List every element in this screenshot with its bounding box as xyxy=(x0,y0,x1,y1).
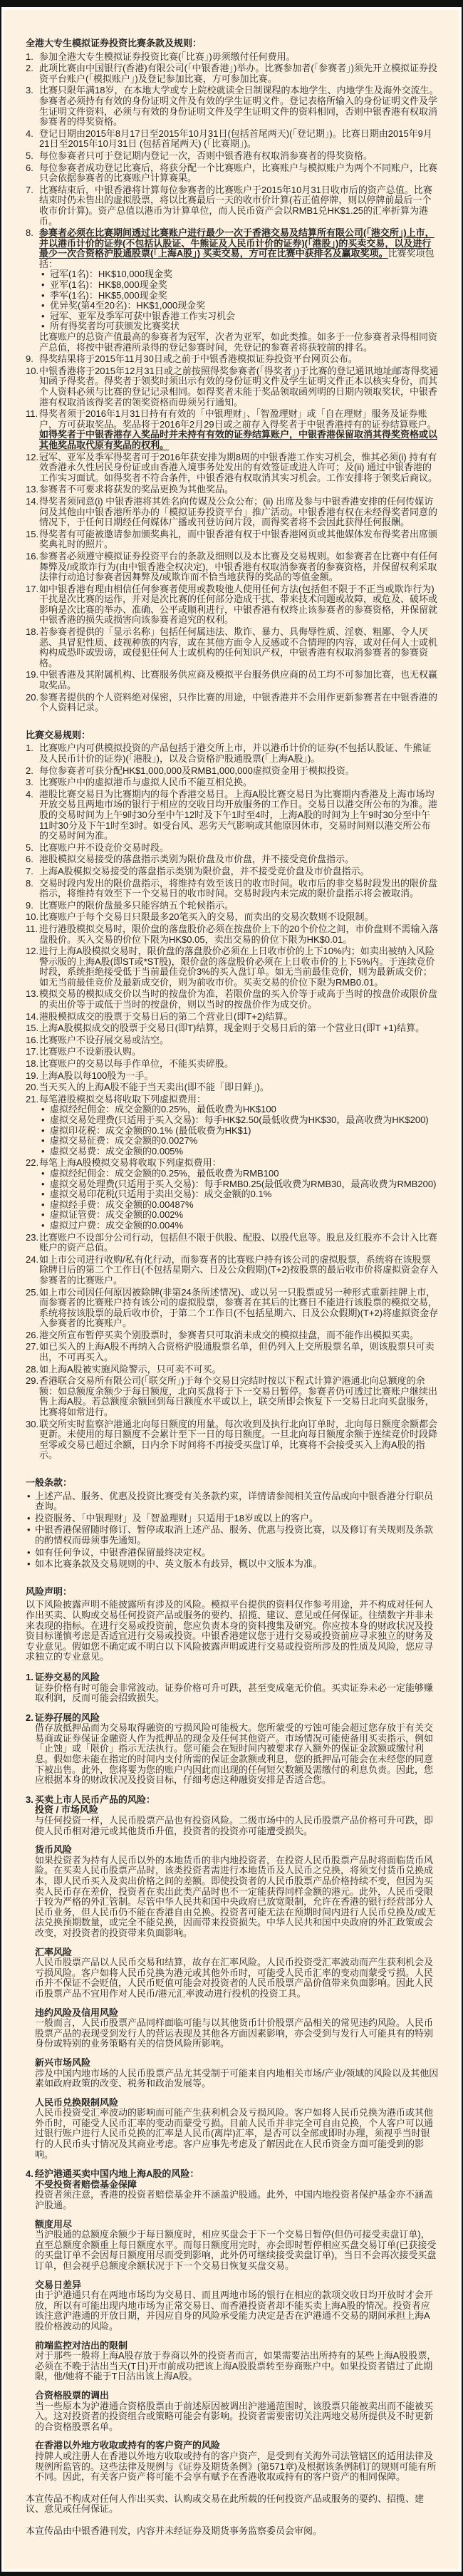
item-number: 7. xyxy=(26,185,39,227)
item-number: 19. xyxy=(26,1071,39,1082)
item-number: 6. xyxy=(26,163,39,184)
risk-group-number: 2. xyxy=(26,1713,35,1786)
list-item: 10.中银香港将于2015年12月31日或之前按照得奖参赛者(「得奖者」)于比赛… xyxy=(26,366,439,408)
item-number: 5. xyxy=(26,843,39,854)
section-general-terms: 一般条款： 上述产品、服务、优惠及投资比赛受有关条款约束，详情请参阅相关宣传品或… xyxy=(26,1478,439,1570)
item-text: 参赛者提供的个人资料绝对保密，只作比赛的用途，中银香港并不会用作更新参赛者在中银… xyxy=(39,693,439,713)
sub-bullet-item: 虚拟印花税：成交金额的0.1% (最低收费为HK$1) xyxy=(39,1126,439,1137)
section-trading-rules: 比赛交易规则： 1.比赛账户内可供模拟投资的产品包括于港交所上市，并以港币计价的… xyxy=(26,730,439,1461)
list-item: 26.港交所宣布暂停买卖个别股票时，参赛者只可取消未成交的模拟挂盘，而不能作出模… xyxy=(26,1330,439,1341)
item-text-segment: 每笔港股模拟交易将收取下列虚拟费用： xyxy=(39,1094,206,1105)
item-text-segment: 每笔上海A股模拟交易将收取下列虚拟费用： xyxy=(39,1157,222,1168)
item-number: 12. xyxy=(26,946,39,988)
item-text-segment: 此项比赛由中国银行(香港)有限公司(「中银香港」)举办。比赛参加者(「参赛者」)… xyxy=(39,63,437,84)
risk-subheading: 汇率风险 xyxy=(35,1947,439,1958)
list-item: 23.比赛账户不设部分公司行动，包括但不限于供股、配股、以股代息等。股息及红股亦… xyxy=(26,1233,439,1253)
item-number: 14. xyxy=(26,497,39,528)
item-text: 比赛账户于每个交易日只限最多20笔买入的交易，而卖出的交易次数则不设限制。 xyxy=(39,912,439,923)
risk-block-text: 持牌人或注册人在香港以外地方收取或持有的客户资产，是受到有关海外司法管辖区的适用… xyxy=(35,2451,439,2483)
item-text: 每笔港股模拟交易将收取下列虚拟费用：虚拟经纪佣金：成交金额的0.25%，最低收费… xyxy=(39,1095,439,1157)
item-text-segment: 得奖者须于2016年1月31日持有有效的「中银理财」、「智盈理财」或「自在理财」… xyxy=(39,408,437,430)
item-number: 3. xyxy=(26,777,39,788)
sub-bullet-list: 冠军(1名)：HK$10,000现金奖亚军(1名)：HK$8,000现金奖季军(… xyxy=(39,269,439,332)
item-text: 当天买入的上海A股不能于当天卖出(即不能「即日鲜」)。 xyxy=(39,1082,439,1093)
list-item: 1.比赛账户内可供模拟投资的产品包括于港交所上市，并以港币计价的证券(不包括认股… xyxy=(26,743,439,764)
risk-group-body: 买卖上市人民币产品的风险：投资 / 市场风险与任何投资一样，人民币股票产品也有投… xyxy=(35,1795,439,2160)
item-text: 比赛账户不设孖展交易或沽空。 xyxy=(39,1035,439,1046)
item-text: 此项比赛由中国银行(香港)有限公司(「中银香港」)举办。比赛参加者(「参赛者」)… xyxy=(39,63,439,84)
item-text-segment: 进行港股模拟交易时，限价盘的落盘股价必须在按盘价上下的20个价位之间，市价盘则不… xyxy=(39,924,438,945)
risk-block-text: 投资者须注意，香港的投资者赔偿基金并不涵盖沪股通。此外，中国内地投资者保护基金亦… xyxy=(35,2190,439,2210)
item-number: 4. xyxy=(26,790,39,842)
item-text: 比赛账户的交易以每手作单位，不能买卖碎股。 xyxy=(39,1059,439,1070)
list-item: 7.上海A股模拟交易接受的落盘指示类别为限价盘，并不接受竞价盘及市价盘指示。 xyxy=(26,867,439,877)
risk-group: 1.证券交易的风险证券价格有时可能会非常波动。证券价格可升可跌，甚至变成毫无价值… xyxy=(26,1672,439,1704)
item-text-segment: 如已买入的上海A股不再纳入合资格沪股通股票名单，但仍列入上交所股票名单，则该股票… xyxy=(39,1341,435,1362)
list-item: 8.交易时段内发出的限价盘指示，将维持有效至该日的收市时间。收市后的非交易时段发… xyxy=(26,879,439,899)
item-text: 得奖者须同意(i) 中银香港将其姓名向传媒及公众公布；(ii) 出席及参与中银香… xyxy=(39,497,439,528)
competition-terms-list: 1.参加全港大专生模拟证券投资比赛(「比赛」)毋须缴付任何费用。2.此项比赛由中… xyxy=(26,52,439,713)
item-text: 比赛账户不设部分公司行动，包括但不限于供股、配股、以股代息等。股息及红股亦不会计… xyxy=(39,1233,439,1253)
list-item: 17.比赛账户不设新股认购。 xyxy=(26,1047,439,1057)
list-item: 12.冠军、亚军及季军得奖者可于2016年获安排为期8周的中银香港工作实习机会，… xyxy=(26,452,439,484)
risk-block-text: 由于沪港通只有在两地市场均为交易日、而且两地市场的银行在相应的款项交收日均开放时… xyxy=(35,2290,439,2332)
item-text: 每笔上海A股模拟交易将收取下列虚拟费用：虚拟经纪佣金：成交金额的0.25%，最低… xyxy=(39,1158,439,1231)
risk-subheading: 货币风险 xyxy=(35,1845,439,1856)
sub-bullet-item: 季军(1名)：HK$5,000现金奖 xyxy=(39,291,439,301)
list-item: 2.每位参赛者可获分配HK$1,000,000及RMB1,000,000虚拟资金… xyxy=(26,766,439,777)
item-text: 如上市公司因任何原因被除牌(非第24条所述情况)、或以另一只股票或另一种形式重新… xyxy=(39,1288,439,1329)
risk-block: 投资 / 市场风险与任何投资一样，人民币股票产品也有投资风险。二级市场中的人民币… xyxy=(35,1805,439,1836)
sub-bullet-item: 虚拟经纪佣金：成交金额的0.25%，最低收费为RMB100 xyxy=(39,1169,439,1179)
list-item: 11.得奖者须于2016年1月31日持有有效的「中银理财」、「智盈理财」或「自在… xyxy=(26,409,439,450)
risk-group-body: 证券交易的风险证券价格有时可能会非常波动。证券价格可升可跌，甚至变成毫无价值。买… xyxy=(35,1672,439,1704)
item-number: 20. xyxy=(26,1082,39,1093)
risk-block: 新兴市场风险涉及中国内地市场的人民币股票产品尤其受制于可能来自内地相关市场/产业… xyxy=(35,2058,439,2089)
risk-group-body: 证券孖展的风险借存放抵押品而为交易取得融资的亏损风险可能极大。您所蒙受的亏蚀可能… xyxy=(35,1713,439,1786)
sub-bullet-item: 虚拟交易处理费(只适用于买入交易)：每手HK$2.50(最低收费为HK$30，最… xyxy=(39,1115,439,1126)
list-item: 11.进行港股模拟交易时，限价盘的落盘股价必须在按盘价上下的20个价位之间，市价… xyxy=(26,924,439,945)
item-text: 如中银香港有理由相信任何参赛者使用或教唆他人使用任何方法(包括但不限于不正当或欺… xyxy=(39,584,439,626)
risk-block: 交易日差异由于沪港通只有在两地市场均为交易日、而且两地市场的银行在相应的款项交收… xyxy=(35,2280,439,2332)
item-followup-text: 比赛账户的总资产值最高的参赛者为冠军，次者为亚军，如此类推。如多于一位参赛者录得… xyxy=(39,332,439,353)
risk-subheading: 额度用尽 xyxy=(35,2220,439,2230)
item-text-segment: 得奖者须同意(i) 中银香港将其姓名向传媒及公众公布；(ii) 出席及参与中银香… xyxy=(39,496,437,527)
item-text: 参加全港大专生模拟证券投资比赛(「比赛」)毋须缴付任何费用。 xyxy=(39,52,439,63)
item-text: 比赛账户并不设竞价交易时段。 xyxy=(39,843,439,854)
general-terms-title: 一般条款： xyxy=(26,1478,439,1489)
item-text: 如上海A股被实施风险警示，只可卖不可买。 xyxy=(39,1365,439,1375)
closing-paragraph: 本宣传品由中银香港刊发，内容并未经证券及期货事务监察委员会审阅。 xyxy=(26,2526,439,2537)
item-number: 13. xyxy=(26,989,39,1010)
item-text: 比赛账户的限价盘最多只能容纳五个轮候指示。 xyxy=(39,901,439,911)
item-number: 1. xyxy=(26,52,39,63)
item-text-segment: 每位参赛者只可于登记期内登记一次，否则中银香港有权取消参赛者的得奖资格。 xyxy=(39,150,373,161)
item-text: 若参赛者提供的「显示名称」包括任何属违法、欺诈、暴力、具侮辱性质、淫亵、粗鄙、令… xyxy=(39,627,439,668)
risk-group-heading: 买卖上市人民币产品的风险： xyxy=(35,1795,439,1806)
risk-block: 合资格股票的调出当一些原本为沪港通合资格股票由于前述原因被调出沪港通范围时，该股… xyxy=(35,2391,439,2432)
item-number: 9. xyxy=(26,901,39,911)
item-text-segment: 比赛只限年满18岁，在本地大学或专上院校就读全日制课程的本地学生、内地学生及海外… xyxy=(39,85,438,127)
risk-block-text: 当一些原本为沪港通合资格股票由于前述原因被调出沪港通范围时，该股票只能被卖出而不… xyxy=(35,2401,439,2433)
item-number: 16. xyxy=(26,552,39,583)
item-text-segment: 进行上海A股模拟交易时，限价盘的落盘股价必须在上日收市价的上下10%内；如卖出被… xyxy=(39,946,435,988)
item-text: 比赛账户内可供模拟投资的产品包括于港交所上市，并以港币计价的证券(不包括认股证、… xyxy=(39,743,439,764)
list-item: 15.上海A股模拟成交的股票于交易日(即T)结算，现金则于交易日后的第一个营业日… xyxy=(26,1023,439,1034)
risk-block-text: 证券价格有时可能会非常波动。证券价格可升可跌，甚至变成毫无价值。买卖证券未必一定… xyxy=(35,1683,439,1704)
risk-block: 人民币兑换限制风险人民币投资受汇率波动的影响而可能产生获利机会及亏损风险。客户如… xyxy=(35,2098,439,2161)
list-item: 8.参赛者必须在比赛期间透过比赛账户进行最少一次于香港交易及结算所有限公司(「港… xyxy=(26,228,439,353)
item-text: 得奖者须于2016年1月31日持有有效的「中银理财」、「智盈理财」或「自在理财」… xyxy=(39,409,439,450)
item-text-segment: 上海A股模拟成交的股票于交易日(即T)结算，现金则于交易日后的第一个营业日(即T… xyxy=(39,1023,425,1033)
item-text: 参赛者必须在比赛期间透过比赛账户进行最少一次于香港交易及结算所有限公司(「港交所… xyxy=(39,228,439,353)
general-term-item: 如有任何争议，中银香港保留最终决定权。 xyxy=(26,1548,439,1558)
item-text-segment: 中银香港将于2015年12月31日或之前按照得奖参赛者(「得奖者」)于比赛的登记… xyxy=(39,366,439,408)
item-number: 23. xyxy=(26,1233,39,1253)
risk-block-text: 借存放抵押品而为交易取得融资的亏损风险可能极大。您所蒙受的亏蚀可能会超过您存放于… xyxy=(35,1723,439,1786)
risk-block-text: 当沪股通的总额度余额少于每日额度时，相应买盘会于下一个交易日暂停(但仍可接受卖盘… xyxy=(35,2230,439,2271)
item-text-segment: 参加全港大专生模拟证券投资比赛(「比赛」)毋须缴付任何费用。 xyxy=(39,51,296,62)
item-number: 10. xyxy=(26,366,39,408)
item-number: 3. xyxy=(26,86,39,127)
list-item: 19.中银香港及其附属机构、比赛服务供应商及模拟平台服务供应商的员工均不可参加比… xyxy=(26,670,439,690)
list-item: 4.登记日期由2015年8月17日至2015年10月31日(包括首尾两天)(「登… xyxy=(26,129,439,150)
item-text: 上海A股以每100股为一手。 xyxy=(39,1071,439,1082)
item-text: 每位参赛者只可于登记期内登记一次，否则中银香港有权取消参赛者的得奖资格。 xyxy=(39,151,439,162)
item-number: 30. xyxy=(26,1419,39,1461)
item-text: 冠军、亚军及季军得奖者可于2016年获安排为期8周的中银香港工作实习机会，惟其必… xyxy=(39,452,439,484)
item-text-segment: 如中银香港有理由相信任何参赛者使用或教唆他人使用任何方法(包括但不限于不正当或欺… xyxy=(39,584,437,626)
risk-group: 4.经沪港通买卖中国内地上海A股的风险：不受投资者赔偿基金保障投资者须注意，香港… xyxy=(26,2169,439,2482)
risk-block-text: 对于那些一般将上海A股存放于券商以外的投资者而言，如果需要沽出所持有的某些上海A… xyxy=(35,2351,439,2382)
item-text-segment: 比赛账户于每个交易日只限最多20笔买入的交易，而卖出的交易次数则不设限制。 xyxy=(39,911,373,922)
item-text-segment: 联交所实时监察沪港通北向每日额度的用量。每次收到及执行北向订单时，北向每日额度余… xyxy=(39,1419,437,1461)
section-risk-statement: 风险声明： 以下风险披露声明不能披露所有涉及的风险。模拟平台提供的资料仅作参考用… xyxy=(26,1587,439,2483)
item-number: 21. xyxy=(26,1095,39,1157)
list-item: 4.港股比赛交易日为比赛期内的每个香港交易日。上海A股比赛交易日为比赛期内香港及… xyxy=(26,790,439,842)
item-text: 香港联合交易所有限公司(「联交所」)于每个交易日完结时按以下程式计算沪港通北向总… xyxy=(39,1376,439,1417)
general-term-item: 投资服务、「中银理财」及「智盈理财」只适用于18岁或以上的客户。 xyxy=(26,1514,439,1524)
closing-paragraphs: 本宣传品不构成对任何人作出买卖、认购或交易在此所载的任何投资产品或服务的要约、招… xyxy=(26,2494,439,2537)
item-text-segment: 港股比赛交易日为比赛期内的每个香港交易日。上海A股比赛交易日为比赛期内香港及上海… xyxy=(39,789,437,841)
item-number: 2. xyxy=(26,766,39,777)
sub-bullet-item: 虚拟交易印花税(只适用于卖出交易)：成交金额的0.1% xyxy=(39,1189,439,1200)
item-number: 13. xyxy=(26,485,39,495)
risk-subheading: 违约风险及信用风险 xyxy=(35,2008,439,2019)
item-number: 12. xyxy=(26,452,39,484)
item-number: 9. xyxy=(26,354,39,365)
item-text-segment: 如上海A股被实施风险警示，只可卖不可买。 xyxy=(39,1364,222,1375)
item-text: 联交所实时监察沪港通北向每日额度的用量。每次收到及执行北向订单时，北向每日额度余… xyxy=(39,1419,439,1461)
list-item: 12.进行上海A股模拟交易时，限价盘的落盘股价必须在上日收市价的上下10%内；如… xyxy=(26,946,439,988)
list-item: 29.香港联合交易所有限公司(「联交所」)于每个交易日完结时按以下程式计算沪港通… xyxy=(26,1376,439,1417)
item-text-segment: 冠军、亚军及季军得奖者可于2016年获安排为期8周的中银香港工作实习机会，惟其必… xyxy=(39,452,437,483)
risk-statement-intro: 以下风险披露声明不能披露所有涉及的风险。模拟平台提供的资料仅作参考用途，并不构成… xyxy=(26,1600,439,1662)
item-text-segment: 参赛者必须在比赛期间透过比赛账户进行最少一次于香港交易及结算所有限公司(「港交所… xyxy=(39,227,435,259)
item-text-segment: 参赛者不可要求将获发的奖品更换为其他奖品。 xyxy=(39,484,234,495)
item-number: 25. xyxy=(26,1288,39,1329)
risk-block: 前端监控对沽出的限制对于那些一般将上海A股存放于券商以外的投资者而言，如果需要沽… xyxy=(35,2341,439,2382)
item-text-segment: 如上市公司进行收购/私有化行动，而参赛者的比赛账户持有该公司的虚拟股票，系统将在… xyxy=(39,1254,438,1286)
item-text-segment: 每位参赛者成功登记比赛后，将获分配一个比赛账户，比赛账户与模拟账户为两个不同账户… xyxy=(39,162,437,184)
item-text: 模拟交易的模拟成交价以当时的按盘价为准，若限价盘的买入价等于或高于当时的按盘价或… xyxy=(39,989,439,1010)
item-number: 29. xyxy=(26,1376,39,1417)
sub-bullet-item: 虚拟证管费：成交金额的0.002% xyxy=(39,1210,439,1221)
risk-block-text: 一般而言，人民币股票产品同样面临可能与以其他货币计价股票产品相关的常见违约风险。… xyxy=(35,2018,439,2049)
item-text-segment: 当天买入的上海A股不能于当天卖出(即不能「即日鲜」)。 xyxy=(39,1082,269,1092)
risk-subheading: 前端监控对沽出的限制 xyxy=(35,2341,439,2352)
item-number: 18. xyxy=(26,627,39,668)
list-item: 28.如上海A股被实施风险警示，只可卖不可买。 xyxy=(26,1365,439,1375)
item-number: 7. xyxy=(26,867,39,877)
paper-margin: 全港大专生模拟证券投资比赛条款及规则： 1.参加全港大专生模拟证券投资比赛(「比… xyxy=(1,7,462,2572)
item-text: 港股模拟交易接受的落盘指示类别为限价盘及市价盘，并不接受竞价盘指示。 xyxy=(39,854,439,865)
item-number: 17. xyxy=(26,584,39,626)
item-text: 每位参赛者成功登记比赛后，将获分配一个比赛账户，比赛账户与模拟账户为两个不同账户… xyxy=(39,163,439,184)
item-text-segment: 比赛账户中的虚拟港币与虚拟人民币不能互相兑换。 xyxy=(39,777,252,787)
item-text: 比赛结束后，中银香港将计算每位参赛者的比赛账户于2015年10月31日收市后的资… xyxy=(39,185,439,227)
sub-bullet-item: 虚拟交易征费：成交金额的0.0027% xyxy=(39,1136,439,1147)
list-item: 21.每笔港股模拟交易将收取下列虚拟费用：虚拟经纪佣金：成交金额的0.25%，最… xyxy=(26,1095,439,1157)
risk-block-text: 涉及中国内地市场的人民币股票产品尤其受制于可能来自内地相关市场/产业/领域的风险… xyxy=(35,2069,439,2089)
item-text-segment: 比赛账户不设新股认购。 xyxy=(39,1046,141,1057)
list-item: 19.上海A股以每100股为一手。 xyxy=(26,1071,439,1082)
list-item: 30.联交所实时监察沪港通北向每日额度的用量。每次收到及执行北向订单时，北向每日… xyxy=(26,1419,439,1461)
leaflet-terms-page: 全港大专生模拟证券投资比赛条款及规则： 1.参加全港大专生模拟证券投资比赛(「比… xyxy=(4,10,459,2569)
item-number: 11. xyxy=(26,409,39,450)
list-item: 6.每位参赛者成功登记比赛后，将获分配一个比赛账户，比赛账户与模拟账户为两个不同… xyxy=(26,163,439,184)
risk-block: 借存放抵押品而为交易取得融资的亏损风险可能极大。您所蒙受的亏蚀可能会超过您存放于… xyxy=(35,1723,439,1786)
item-number: 22. xyxy=(26,1158,39,1231)
item-text: 港交所宣布暂停买卖个别股票时，参赛者只可取消未成交的模拟挂盘，而不能作出模拟买卖… xyxy=(39,1330,439,1341)
item-text: 港股比赛交易日为比赛期内的每个香港交易日。上海A股比赛交易日为比赛期内香港及上海… xyxy=(39,790,439,842)
item-number: 26. xyxy=(26,1330,39,1341)
item-number: 11. xyxy=(26,924,39,945)
item-text-segment: 比赛账户不设孖展交易或沽空。 xyxy=(39,1035,169,1045)
item-text: 每位参赛者可获分配HK$1,000,000及RMB1,000,000虚拟资金用于… xyxy=(39,766,439,777)
item-text: 得奖者有可能被邀请参加颁奖典礼，而中银香港有权于中银香港网页或其他媒体发布得奖者… xyxy=(39,529,439,550)
item-number: 15. xyxy=(26,1023,39,1034)
sub-bullet-list: 虚拟经纪佣金：成交金额的0.25%，最低收费为HK$100虚拟交易处理费(只适用… xyxy=(39,1105,439,1157)
list-item: 13.参赛者不可要求将获发的奖品更换为其他奖品。 xyxy=(26,485,439,495)
list-item: 16.参赛者必须遵守模拟证券投资平台的条款及细则以及本比赛及交易规则。如参赛者在… xyxy=(26,552,439,583)
list-item: 20.当天买入的上海A股不能于当天卖出(即不能「即日鲜」)。 xyxy=(26,1082,439,1093)
item-text-segment: 上海A股以每100股为一手。 xyxy=(39,1070,153,1081)
list-item: 10.比赛账户于每个交易日只限最多20笔买入的交易，而卖出的交易次数则不设限制。 xyxy=(26,912,439,923)
item-text-segment: 比赛账户内可供模拟投资的产品包括于港交所上市，并以港币计价的证券(不包括认股证、… xyxy=(39,743,431,764)
item-number: 15. xyxy=(26,529,39,550)
item-text: 上海A股模拟交易接受的落盘指示类别为限价盘，并不接受竞价盘及市价盘指示。 xyxy=(39,867,439,877)
risk-group-number: 3. xyxy=(26,1795,35,2160)
item-text-segment: 得奖结果将于2015年11月30日或之前于中银香港模拟证券投资平台网页公布。 xyxy=(39,353,358,364)
list-item: 5.比赛账户并不设竞价交易时段。 xyxy=(26,843,439,854)
item-number: 20. xyxy=(26,693,39,713)
risk-group-number: 1. xyxy=(26,1672,35,1704)
list-item: 17.如中银香港有理由相信任何参赛者使用或教唆他人使用任何方法(包括但不限于不正… xyxy=(26,584,439,626)
list-item: 1.参加全港大专生模拟证券投资比赛(「比赛」)毋须缴付任何费用。 xyxy=(26,52,439,63)
list-item: 9.得奖结果将于2015年11月30日或之前于中银香港模拟证券投资平台网页公布。 xyxy=(26,354,439,365)
item-text-segment: 上海A股模拟交易接受的落盘指示类别为限价盘，并不接受竞价盘及市价盘指示。 xyxy=(39,866,370,876)
item-text: 中银香港及其附属机构、比赛服务供应商及模拟平台服务供应商的员工均不可参加比赛，也… xyxy=(39,670,439,690)
risk-group-body: 经沪港通买卖中国内地上海A股的风险：不受投资者赔偿基金保障投资者须注意，香港的投… xyxy=(35,2169,439,2482)
sub-bullet-item: 虚拟交易费：成交金额的0.005% xyxy=(39,1147,439,1157)
risk-group-heading: 证券交易的风险 xyxy=(35,1672,439,1683)
list-item: 15.得奖者有可能被邀请参加颁奖典礼，而中银香港有权于中银香港网页或其他媒体发布… xyxy=(26,529,439,550)
risk-subheading: 新兴市场风险 xyxy=(35,2058,439,2069)
section-competition-terms: 全港大专生模拟证券投资比赛条款及规则： 1.参加全港大专生模拟证券投资比赛(「比… xyxy=(26,38,439,713)
general-term-item: 中银香港保留随时修订、暂停或取消上述产品、服务、优惠与投资比赛，以及修订有关规则… xyxy=(26,1525,439,1546)
list-item: 20.参赛者提供的个人资料绝对保密，只作比赛的用途，中银香港并不会用作更新参赛者… xyxy=(26,693,439,713)
closing-paragraph: 本宣传品不构成对任何人作出买卖、认购或交易在此所载的任何投资产品或服务的要约、招… xyxy=(26,2494,439,2515)
item-text-segment: 比赛账户的交易以每手作单位，不能买卖碎股。 xyxy=(39,1058,234,1069)
scan-frame: 全港大专生模拟证券投资比赛条款及规则： 1.参加全港大专生模拟证券投资比赛(「比… xyxy=(0,0,463,2576)
risk-subheading: 交易日差异 xyxy=(35,2280,439,2291)
risk-subheading: 不受投资者赔偿基金保障 xyxy=(35,2180,439,2190)
risk-block-text: 人民币投资受汇率波动的影响而可能产生获利机会及亏损风险。客户如将人民币兑换为港币… xyxy=(35,2108,439,2160)
item-text: 港股模拟成交的股票于交易日后的第二个营业日(即T+2)结算。 xyxy=(39,1012,439,1023)
list-item: 13.模拟交易的模拟成交价以当时的按盘价为准，若限价盘的买入价等于或高于当时的按… xyxy=(26,989,439,1010)
general-term-item: 上述产品、服务、优惠及投资比赛受有关条款约束，详情请参阅相关宣传品或向中银香港分… xyxy=(26,1491,439,1512)
sub-bullet-item: 虚拟经纪佣金：成交金额的0.25%，最低收费为HK$100 xyxy=(39,1105,439,1115)
item-text-segment: 每位参赛者可获分配HK$1,000,000及RMB1,000,000虚拟资金用于… xyxy=(39,765,355,776)
list-item: 3.比赛只限年满18岁，在本地大学或专上院校就读全日制课程的本地学生、内地学生及… xyxy=(26,86,439,127)
item-text-segment: 若参赛者提供的「显示名称」包括任何属违法、欺诈、暴力、具侮辱性质、淫亵、粗鄙、令… xyxy=(39,626,437,668)
risk-group: 2.证券孖展的风险借存放抵押品而为交易取得融资的亏损风险可能极大。您所蒙受的亏蚀… xyxy=(26,1713,439,1786)
list-item: 7.比赛结束后，中银香港将计算每位参赛者的比赛账户于2015年10月31日收市后… xyxy=(26,185,439,227)
list-item: 9.比赛账户的限价盘最多只能容纳五个轮候指示。 xyxy=(26,901,439,911)
risk-statement-title: 风险声明： xyxy=(26,1587,439,1598)
item-number: 19. xyxy=(26,670,39,690)
list-item: 16.比赛账户不设孖展交易或沽空。 xyxy=(26,1035,439,1046)
list-item: 22.每笔上海A股模拟交易将收取下列虚拟费用：虚拟经纪佣金：成交金额的0.25%… xyxy=(26,1158,439,1231)
item-text: 如已买入的上海A股不再纳入合资格沪股通股票名单，但仍列入上交所股票名单，则该股票… xyxy=(39,1342,439,1362)
item-text: 上海A股模拟成交的股票于交易日(即T)结算，现金则于交易日后的第一个营业日(即T… xyxy=(39,1023,439,1034)
item-text: 得奖结果将于2015年11月30日或之前于中银香港模拟证券投资平台网页公布。 xyxy=(39,354,439,365)
risk-group: 3.买卖上市人民币产品的风险：投资 / 市场风险与任何投资一样，人民币股票产品也… xyxy=(26,1795,439,2160)
item-text-segment: 香港联合交易所有限公司(「联交所」)于每个交易日完结时按以下程式计算沪港通北向总… xyxy=(39,1375,437,1417)
item-text-segment: 中银香港及其附属机构、比赛服务供应商及模拟平台服务供应商的员工均不可参加比赛，也… xyxy=(39,669,437,690)
item-number: 6. xyxy=(26,854,39,865)
item-text: 如上市公司进行收购/私有化行动，而参赛者的比赛账户持有该公司的虚拟股票，系统将在… xyxy=(39,1255,439,1286)
risk-subheading: 在香港以外地方收取或持有的客户资产的风险 xyxy=(35,2441,439,2451)
risk-block-text: 与任何投资一样，人民币股票产品也有投资风险。二级市场中的人民币股票产品价格可升可… xyxy=(35,1816,439,1836)
sub-bullet-item: 亚军(1名)：HK$8,000现金奖 xyxy=(39,280,439,291)
risk-block: 额度用尽当沪股通的总额度余额少于每日额度时，相应买盘会于下一个交易日暂停(但仍可… xyxy=(35,2220,439,2272)
risk-block: 在香港以外地方收取或持有的客户资产的风险持牌人或注册人在香港以外地方收取或持有的… xyxy=(35,2441,439,2482)
item-text-segment: 比赛账户不设部分公司行动，包括但不限于供股、配股、以股代息等。股息及红股亦不会计… xyxy=(39,1232,437,1253)
item-number: 24. xyxy=(26,1255,39,1286)
risk-group-number: 4. xyxy=(26,2169,35,2482)
item-text: 比赛账户中的虚拟港币与虚拟人民币不能互相兑换。 xyxy=(39,777,439,788)
item-text: 中银香港将于2015年12月31日或之前按照得奖参赛者(「得奖者」)于比赛的登记… xyxy=(39,366,439,408)
item-text: 参赛者不可要求将获发的奖品更换为其他奖品。 xyxy=(39,485,439,495)
item-number: 8. xyxy=(26,228,39,353)
risk-block-text: 人民币股票产品以人民币交易和结算，故存在汇率风险。人民币投资受汇率波动而产生获利… xyxy=(35,1957,439,1999)
item-text-segment: 比赛账户并不设竞价交易时段。 xyxy=(39,842,169,853)
item-text-segment: 登记日期由2015年8月17日至2015年10月31日(包括首尾两天)(「登记期… xyxy=(39,128,432,150)
trading-rules-title: 比赛交易规则： xyxy=(26,730,439,741)
risk-block: 货币风险如果投资者为持有人民币以外的本地货币的非内地投资者，在投资人民币股票产品… xyxy=(35,1845,439,1938)
sub-bullet-list: 虚拟经纪佣金：成交金额的0.25%，最低收费为RMB100虚拟交易处理费(只适用… xyxy=(39,1169,439,1231)
list-item: 14.港股模拟成交的股票于交易日后的第二个营业日(即T+2)结算。 xyxy=(26,1012,439,1023)
risk-subheading: 投资 / 市场风险 xyxy=(35,1805,439,1816)
item-number: 16. xyxy=(26,1035,39,1046)
trading-rules-list: 1.比赛账户内可供模拟投资的产品包括于港交所上市，并以港币计价的证券(不包括认股… xyxy=(26,743,439,1461)
list-item: 6.港股模拟交易接受的落盘指示类别为限价盘及市价盘，并不接受竞价盘指示。 xyxy=(26,854,439,865)
item-text-segment: 港股模拟交易接受的落盘指示类别为限价盘及市价盘，并不接受竞价盘指示。 xyxy=(39,854,354,864)
item-text: 比赛账户不设新股认购。 xyxy=(39,1047,439,1057)
item-number: 14. xyxy=(26,1012,39,1023)
sub-bullet-item: 所有得奖者均可获颁发比赛奖状 xyxy=(39,321,439,332)
risk-block: 不受投资者赔偿基金保障投资者须注意，香港的投资者赔偿基金并不涵盖沪股通。此外，中… xyxy=(35,2180,439,2211)
item-text-segment: 交易时段内发出的限价盘指示，将维持有效至该日的收市时间。收市后的非交易时段发出的… xyxy=(39,878,437,899)
sub-bullet-item: 优异奖(第4至20名)：HK$1,000现金奖 xyxy=(39,301,439,311)
item-text-segment: 如上市公司因任何原因被除牌(非第24条所述情况)、或以另一只股票或另一种形式重新… xyxy=(39,1287,438,1329)
risk-group-heading: 证券孖展的风险 xyxy=(35,1713,439,1724)
item-text: 进行港股模拟交易时，限价盘的落盘股价必须在按盘价上下的20个价位之间，市价盘则不… xyxy=(39,924,439,945)
general-terms-list: 上述产品、服务、优惠及投资比赛受有关条款约束，详情请参阅相关宣传品或向中银香港分… xyxy=(26,1491,439,1570)
risk-block: 汇率风险人民币股票产品以人民币交易和结算，故存在汇率风险。人民币投资受汇率波动而… xyxy=(35,1947,439,2000)
item-text-segment: 比赛账户的限价盘最多只能容纳五个轮候指示。 xyxy=(39,900,234,911)
risk-subheading: 合资格股票的调出 xyxy=(35,2391,439,2401)
risk-group-heading: 经沪港通买卖中国内地上海A股的风险： xyxy=(35,2169,439,2180)
item-number: 4. xyxy=(26,129,39,150)
item-text: 登记日期由2015年8月17日至2015年10月31日(包括首尾两天)(「登记期… xyxy=(39,129,439,150)
item-text-segment: 港股模拟成交的股票于交易日后的第二个营业日(即T+2)结算。 xyxy=(39,1011,293,1022)
item-number: 5. xyxy=(26,151,39,162)
competition-terms-title: 全港大专生模拟证券投资比赛条款及规则： xyxy=(26,38,439,49)
item-text: 比赛只限年满18岁，在本地大学或专上院校就读全日制课程的本地学生、内地学生及海外… xyxy=(39,86,439,127)
item-number: 18. xyxy=(26,1059,39,1070)
item-number: 28. xyxy=(26,1365,39,1375)
sub-bullet-item: 虚拟交易处理费(只适用于买入交易)：每手RMB0.25(最低收费为RMB30，最… xyxy=(39,1179,439,1190)
item-text-segment: 参赛者必须遵守模拟证券投资平台的条款及细则以及本比赛及交易规则。如参赛者在比赛中… xyxy=(39,551,437,582)
list-item: 18.比赛账户的交易以每手作单位，不能买卖碎股。 xyxy=(26,1059,439,1070)
list-item: 25.如上市公司因任何原因被除牌(非第24条所述情况)、或以另一只股票或另一种形… xyxy=(26,1288,439,1329)
item-number: 27. xyxy=(26,1342,39,1362)
item-number: 2. xyxy=(26,63,39,84)
item-number: 10. xyxy=(26,912,39,923)
item-number: 1. xyxy=(26,743,39,764)
sub-bullet-item: 虚拟经手费：成交金额的0.00487% xyxy=(39,1200,439,1211)
item-text-segment: 如得奖者于中银香港存入奖品时并未持有有效的证券结算账户，中银香港保留取消其得奖资… xyxy=(39,429,437,450)
general-term-item: 如本比赛条款及交易规则的中、英文版本有歧异，概以中文版本为准。 xyxy=(26,1559,439,1570)
risk-block: 违约风险及信用风险一般而言，人民币股票产品同样面临可能与以其他货币计价股票产品相… xyxy=(35,2008,439,2049)
item-text: 进行上海A股模拟交易时，限价盘的落盘股价必须在上日收市价的上下10%内；如卖出被… xyxy=(39,946,439,988)
list-item: 3.比赛账户中的虚拟港币与虚拟人民币不能互相兑换。 xyxy=(26,777,439,788)
list-item: 27.如已买入的上海A股不再纳入合资格沪股通股票名单，但仍列入上交所股票名单，则… xyxy=(26,1342,439,1362)
item-number: 17. xyxy=(26,1047,39,1057)
sub-bullet-item: 冠军(1名)：HK$10,000现金奖 xyxy=(39,269,439,280)
sub-bullet-item: 冠军、亚军及季军可获中银香港工作实习机会 xyxy=(39,311,439,322)
sub-bullet-item: 虚拟过户费：成交金额的0.004% xyxy=(39,1221,439,1231)
list-item: 2.此项比赛由中国银行(香港)有限公司(「中银香港」)举办。比赛参加者(「参赛者… xyxy=(26,63,439,84)
item-number: 8. xyxy=(26,879,39,899)
list-item: 18.若参赛者提供的「显示名称」包括任何属违法、欺诈、暴力、具侮辱性质、淫亵、粗… xyxy=(26,627,439,668)
risk-block-text: 如果投资者为持有人民币以外的本地货币的非内地投资者，在投资人民币股票产品时将面临… xyxy=(35,1856,439,1939)
risk-block: 证券价格有时可能会非常波动。证券价格可升可跌，甚至变成毫无价值。买卖证券未必一定… xyxy=(35,1683,439,1704)
item-text-segment: 参赛者提供的个人资料绝对保密，只作比赛的用途，中银香港并不会用作更新参赛者在中银… xyxy=(39,692,437,713)
item-text-segment: 得奖者有可能被邀请参加颁奖典礼，而中银香港有权于中银香港网页或其他媒体发布得奖者… xyxy=(39,529,437,550)
item-text-segment: 比赛结束后，中银香港将计算每位参赛者的比赛账户于2015年10月31日收市后的资… xyxy=(39,185,432,227)
item-text: 参赛者必须遵守模拟证券投资平台的条款及细则以及本比赛及交易规则。如参赛者在比赛中… xyxy=(39,552,439,583)
item-text-segment: 港交所宣布暂停买卖个别股票时，参赛者只可取消未成交的模拟挂盘，而不能作出模拟买卖… xyxy=(39,1330,419,1340)
item-text: 交易时段内发出的限价盘指示，将维持有效至该日的收市时间。收市后的非交易时段发出的… xyxy=(39,879,439,899)
list-item: 24.如上市公司进行收购/私有化行动，而参赛者的比赛账户持有该公司的虚拟股票，系… xyxy=(26,1255,439,1286)
risk-subheading: 人民币兑换限制风险 xyxy=(35,2098,439,2109)
list-item: 14.得奖者须同意(i) 中银香港将其姓名向传媒及公众公布；(ii) 出席及参与… xyxy=(26,497,439,528)
item-text-segment: 模拟交易的模拟成交价以当时的按盘价为准，若限价盘的买入价等于或高于当时的按盘价或… xyxy=(39,988,437,1010)
